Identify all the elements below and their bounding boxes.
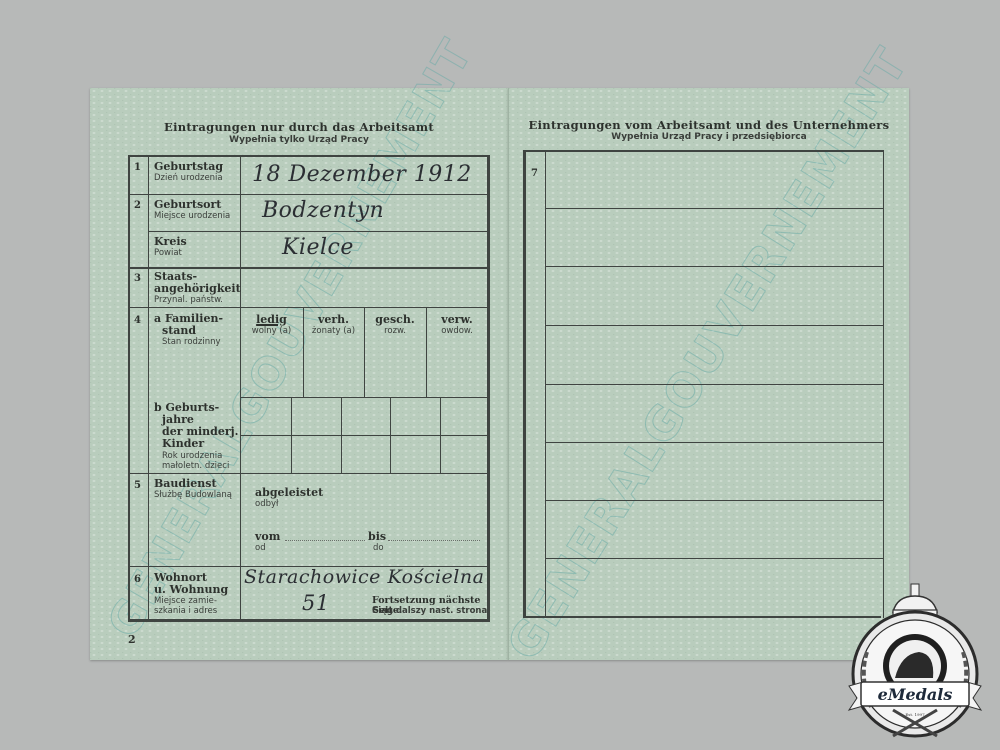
district-value: Kielce (282, 235, 354, 260)
marital-option-divorced: gesch. rozw. (364, 314, 426, 336)
label-de: Geburtstag (154, 161, 223, 173)
completed-label-de: abgeleistet (255, 487, 323, 499)
row-number: 5 (134, 480, 141, 491)
label-de: Kinder (162, 438, 204, 450)
row-number: 1 (134, 162, 141, 173)
label-pl: Miejsce urodzenia (154, 211, 230, 221)
entry-row-divider (545, 325, 883, 326)
entry-row-divider (545, 558, 883, 559)
label-pl: małoletn. dzieci (162, 461, 229, 471)
label-pl: Przynal. państw. (154, 295, 223, 305)
label-de: Kreis (154, 236, 187, 248)
document-page-left: GENERALGOUVERNEMENT Eintragungen nur dur… (90, 88, 508, 660)
page-header-de: Eintragungen nur durch das Arbeitsamt (90, 120, 508, 134)
entry-row-divider (545, 208, 883, 209)
to-label-de: bis (368, 531, 386, 543)
row-number: 2 (134, 200, 141, 211)
label-de: Baudienst (154, 478, 217, 490)
from-label-de: vom (255, 531, 280, 543)
entry-row-divider (545, 500, 883, 501)
continued-note-pl: Ciąg dalszy nast. strona (372, 606, 487, 616)
from-field (285, 540, 365, 541)
label-pl: Powiat (154, 248, 182, 258)
label-pl: Rok urodzenia (162, 451, 222, 461)
emedals-badge-icon: eMedals Est. 1997 (845, 582, 985, 742)
page-header-pl: Wypełnia tylko Urząd Pracy (90, 135, 508, 145)
entry-row-divider (545, 266, 883, 267)
emedals-logo: eMedals Est. 1997 (845, 582, 985, 742)
to-label-pl: do (373, 543, 384, 553)
label-pl: Służbę Budowlaną (154, 490, 232, 500)
to-field (388, 540, 480, 541)
marital-option-single: ledig wolny (a) (240, 314, 303, 336)
label-pl: Dzień urodzenia (154, 173, 223, 183)
page-header-pl: Wypełnia Urząd Pracy i przedsiębiorca (509, 132, 909, 142)
entry-row-divider (545, 442, 883, 443)
address-number-value: 51 (302, 591, 330, 615)
label-pl: Miejsce zamie- (154, 596, 217, 606)
marital-option-married: verh. żonaty (a) (303, 314, 364, 336)
svg-text:Est. 1997: Est. 1997 (905, 712, 925, 717)
row-number: 3 (134, 273, 141, 284)
label-pl: szkania i adres (154, 606, 217, 616)
address-value: Starachowice Kościelna (244, 566, 484, 588)
label-de: stand (162, 325, 196, 337)
document-page-right: GENERALGOUVERNEMENT Eintragungen vom Arb… (508, 88, 909, 660)
label-de: Geburtsort (154, 199, 221, 211)
row-number: 4 (134, 315, 141, 326)
svg-text:eMedals: eMedals (878, 685, 953, 704)
page-number: 2 (128, 633, 136, 646)
birth-date-value: 18 Dezember 1912 (252, 162, 472, 187)
row-number: 6 (134, 574, 141, 585)
from-label-pl: od (255, 543, 266, 553)
label-de: angehörigkeit (154, 283, 241, 295)
birth-place-value: Bodzentyn (262, 198, 384, 223)
label-de: u. Wohnung (154, 584, 228, 596)
label-pl: Stan rodzinny (162, 337, 221, 347)
section-number: 7 (531, 168, 538, 179)
entry-row-divider (545, 384, 883, 385)
marital-option-widowed: verw. owdow. (426, 314, 488, 336)
completed-label-pl: odbył (255, 499, 278, 509)
page-header-de: Eintragungen vom Arbeitsamt und des Unte… (509, 118, 909, 132)
